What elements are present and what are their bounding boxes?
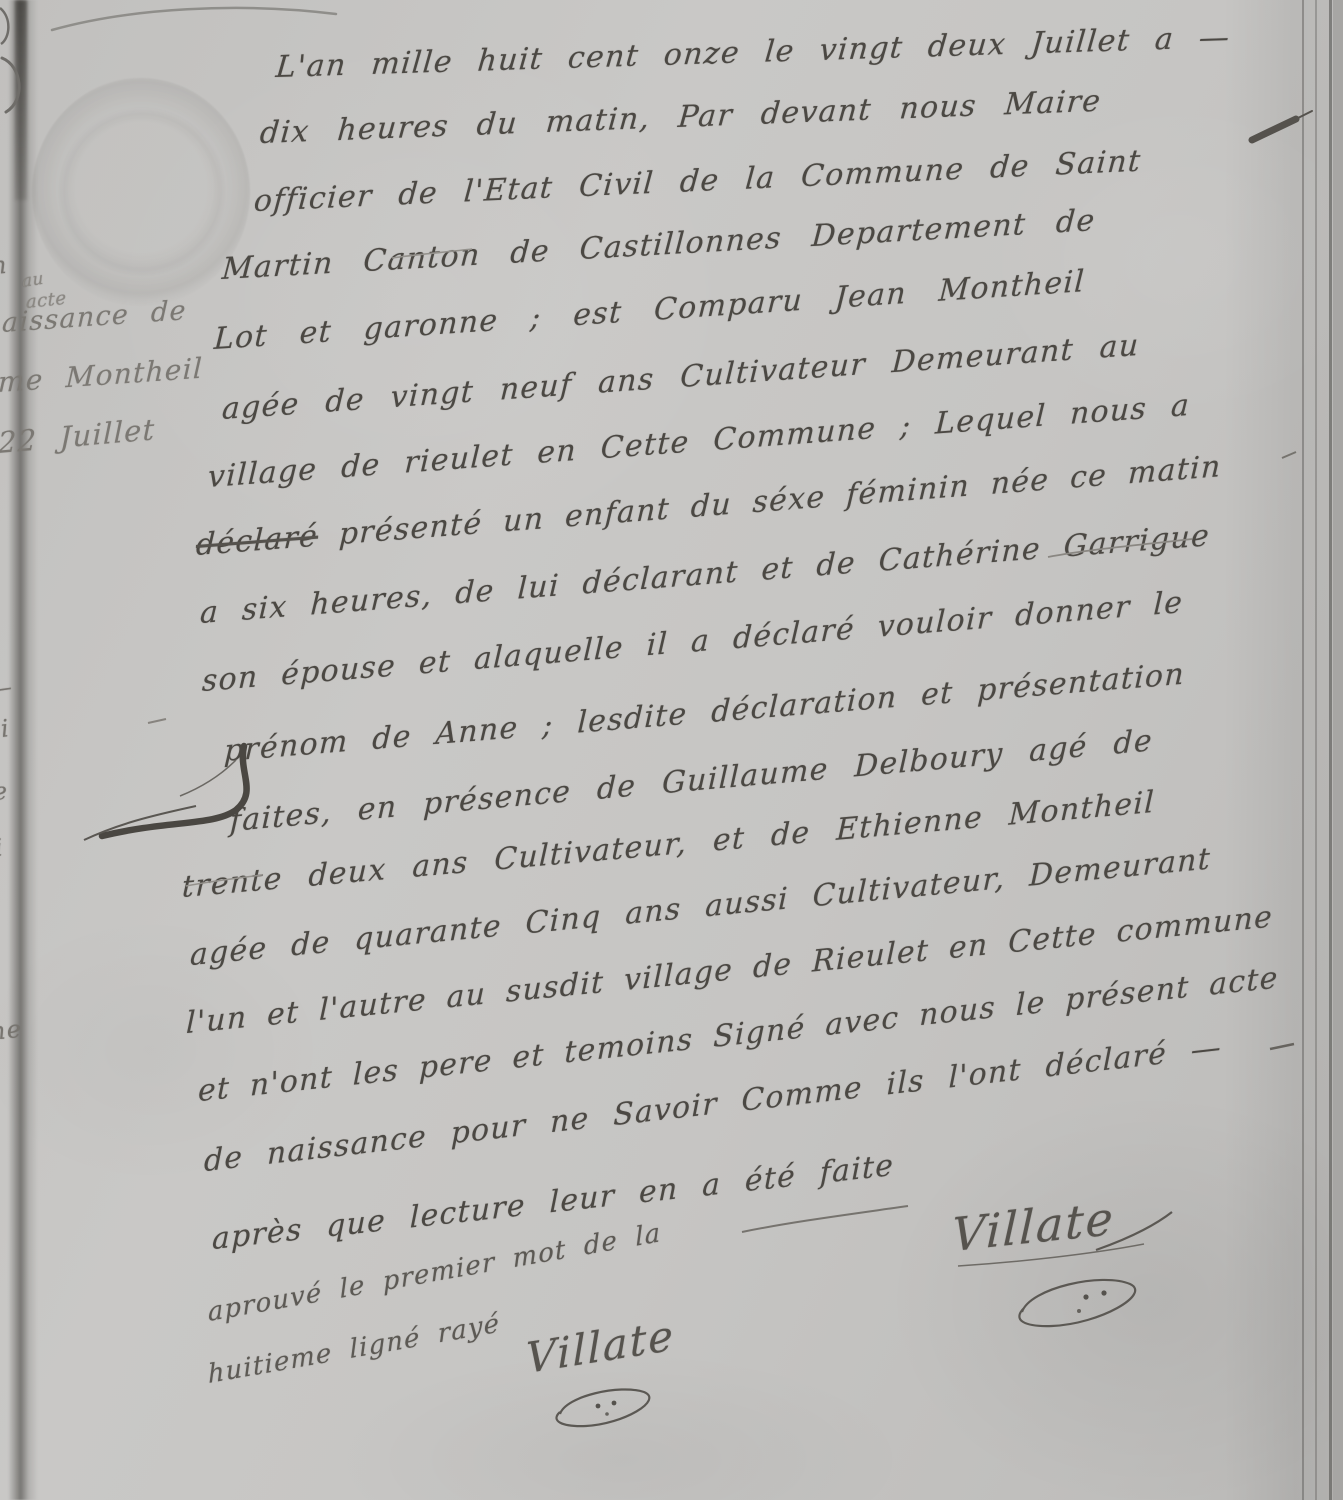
stray-dash	[1270, 1044, 1294, 1049]
signature-paraph-oval	[1019, 1280, 1135, 1326]
paraph-dot	[605, 1412, 609, 1416]
top-flourish-stroke	[52, 8, 336, 30]
signature-paraph-oval	[556, 1389, 649, 1426]
corner-curl	[0, 8, 8, 44]
edge-text-fragment: e	[0, 777, 10, 807]
ink-mark-wedge-tip	[1296, 111, 1312, 119]
crossed-out-word: déclaré	[195, 518, 319, 563]
paraph-dot	[596, 1404, 601, 1409]
page-edge-strip	[1333, 0, 1343, 1500]
stray-dash	[148, 719, 166, 723]
embossed-seal-inner-ring	[58, 104, 226, 280]
margin-note-line: 22 Juillet	[0, 412, 156, 461]
page-edge-line	[1302, 0, 1304, 1500]
act-line-2: dix heures du matin, Par devant nous Mai…	[258, 84, 1102, 152]
margin-note-word: au	[21, 269, 44, 293]
embossed-seal	[32, 78, 250, 306]
register-page-scan: n — li e i ne au acte aissance de me Mon…	[0, 0, 1343, 1500]
paraph-dot	[1083, 1294, 1088, 1299]
ink-mark-wedge	[1252, 119, 1296, 140]
edge-text-fragment: n	[0, 251, 9, 281]
edge-text-fragment: i	[0, 833, 5, 862]
gutter-shading	[1223, 0, 1343, 1500]
left-fold-shadow	[8, 0, 38, 1500]
page-edge-line	[1329, 0, 1332, 1500]
edge-text-fragment: li	[0, 714, 11, 745]
strike-over-ete-faite	[742, 1206, 908, 1232]
paraph-dot	[1101, 1290, 1106, 1295]
corner-curl	[2, 58, 19, 112]
edge-text-fragment: ne	[0, 1015, 24, 1047]
act-line-1: L'an mille huit cent onze le vingt deux …	[274, 20, 1232, 86]
edge-text-fragment: —	[0, 673, 15, 705]
marginal-paraph-tail	[84, 806, 196, 840]
signature-official: Villate	[951, 1191, 1116, 1264]
paraph-dot	[1077, 1309, 1081, 1313]
margin-note-line: me Montheil	[0, 352, 204, 400]
left-fold-shadow-top	[15, 0, 27, 200]
stray-dash	[1282, 452, 1296, 458]
signature-note: Villate	[526, 1310, 676, 1384]
page-edge-line	[1315, 0, 1317, 1500]
paraph-dot	[612, 1401, 617, 1406]
